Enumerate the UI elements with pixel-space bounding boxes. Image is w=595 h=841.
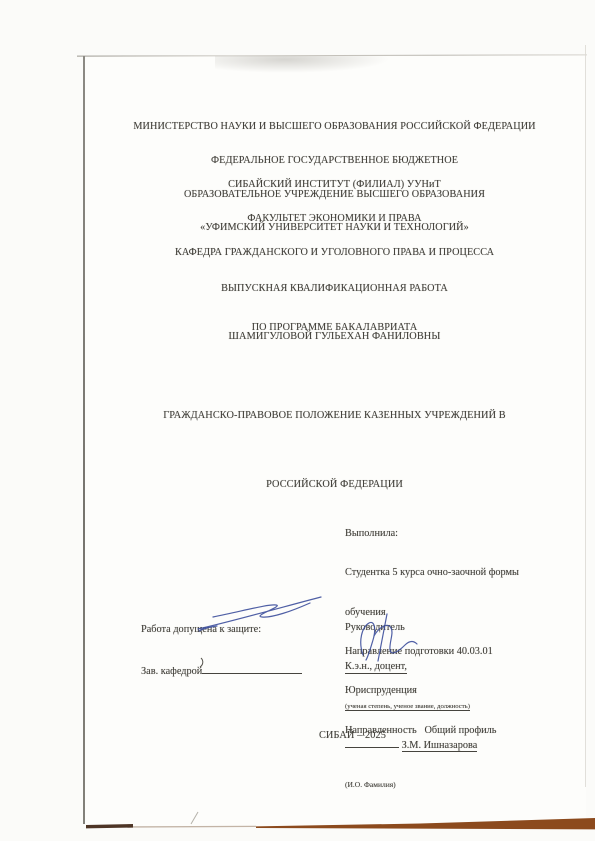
thesis-title-line-1: ГРАЖДАНСКО-ПРАВОВОЕ ПОЛОЖЕНИЕ КАЗЕННЫХ У…: [84, 404, 585, 427]
institute-line-1: СИБАЙСКИЙ ИНСТИТУТ (ФИЛИАЛ) УУНиТ: [84, 179, 585, 190]
supervisor-block: Руководитель К.э.н., доцент, (ученая сте…: [345, 595, 560, 816]
supervisor-degree-hint: (ученая степень, ученое звание, должност…: [345, 703, 470, 712]
scanned-thesis-title-page: МИНИСТЕРСТВО НАУКИ И ВЫСШЕГО ОБРАЗОВАНИЯ…: [0, 0, 595, 841]
scan-smudge: [215, 56, 390, 73]
admission-block: Работа допущена к защите: Зав. кафедрой: [141, 596, 356, 705]
supervisor-name-hint: (И.О. Фамилия): [345, 779, 560, 790]
department-head-signature-line: Зав. кафедрой: [141, 664, 356, 679]
paper-right-edge: [585, 45, 586, 787]
signature-blank-line: [202, 664, 302, 674]
thesis-title-line-2: РОССИЙСКОЙ ФЕДЕРАЦИИ: [84, 473, 585, 496]
work-type-block: ВЫПУСКНАЯ КВАЛИФИКАЦИОННАЯ РАБОТА ПО ПРО…: [84, 256, 585, 360]
performer-line-1: Выполнила:: [345, 527, 560, 540]
supervisor-label: Руководитель: [345, 621, 560, 634]
ministry-line-1: МИНИСТЕРСТВО НАУКИ И ВЫСШЕГО ОБРАЗОВАНИЯ…: [84, 121, 585, 132]
admission-line: Работа допущена к защите:: [141, 623, 356, 637]
author-name: ШАМИГУЛОВОЙ ГУЛЬЕХАН ФАНИЛОВНЫ: [84, 331, 585, 342]
supervisor-name: З.М. Ишназарова: [402, 740, 478, 753]
department-head-label: Зав. кафедрой: [141, 666, 202, 677]
performer-line-2: Студентка 5 курса очно-заочной формы: [345, 566, 560, 579]
institute-line-2: ФАКУЛЬТЕТ ЭКОНОМИКИ И ПРАВА: [84, 213, 585, 224]
city-year: СИБАЙ – 2025: [102, 730, 595, 741]
work-type-line-1: ВЫПУСКНАЯ КВАЛИФИКАЦИОННАЯ РАБОТА: [84, 282, 585, 295]
